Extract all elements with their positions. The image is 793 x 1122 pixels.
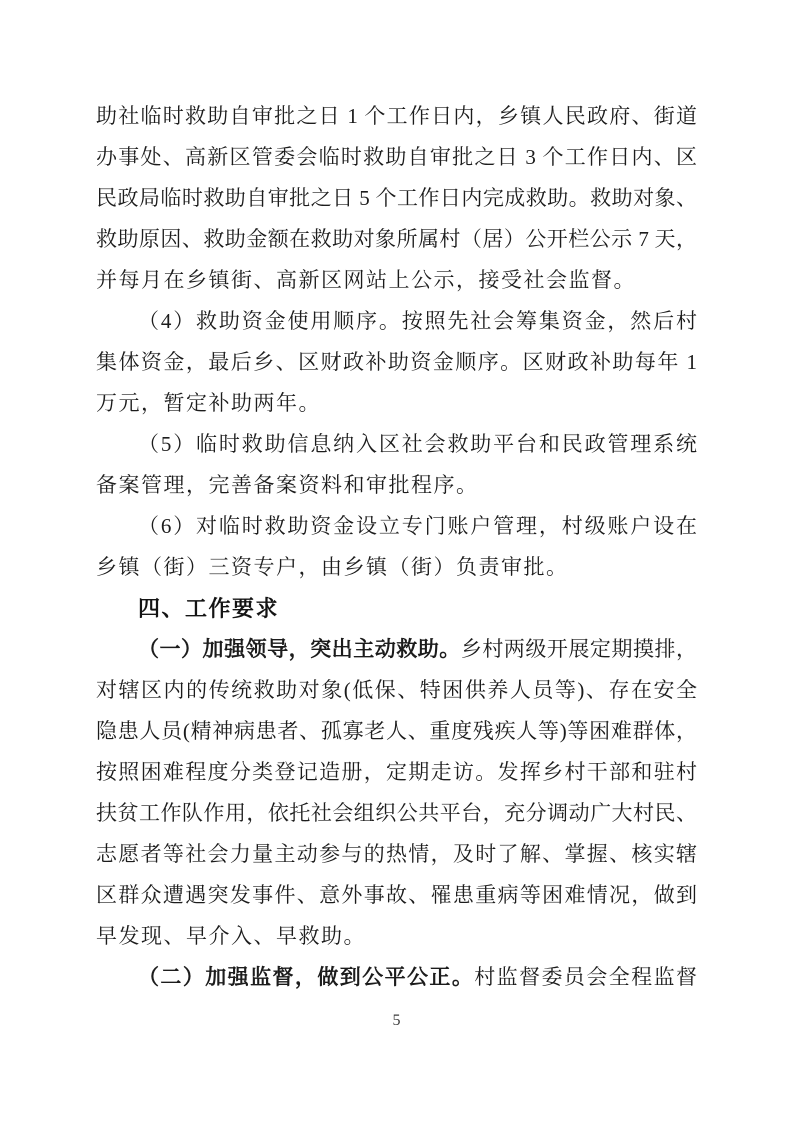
text-line: 扶贫工作队作用，依托社会组织公共平台，充分调动广大村民、 [96, 793, 697, 834]
text-run-lead: （二）加强监督，做到公平公正。 [138, 965, 474, 989]
text-line: 区群众遭遇突发事件、意外事故、罹患重病等困难情况，做到 [96, 875, 697, 916]
text-run-body: 助社临时救助自审批之日 1 个工作日内，乡镇人民政府、街道 [96, 104, 697, 128]
text-run-heading: 四、工作要求 [138, 596, 279, 621]
text-run-body: 村监督委员会全程监督 [474, 965, 697, 989]
text-line: 志愿者等社会力量主动参与的热情，及时了解、掌握、核实辖 [96, 834, 697, 875]
text-run-body: （6）对临时救助资金设立专门账户管理，村级账户设在 [138, 514, 697, 538]
text-run-body: 办事处、高新区管委会临时救助自审批之日 3 个工作日内、区 [96, 145, 697, 169]
text-line: 对辖区内的传统救助对象(低保、特困供养人员等)、存在安全 [96, 670, 697, 711]
page-number: 5 [393, 1012, 401, 1029]
text-run-body: （5）临时救助信息纳入区社会救助平台和民政管理系统 [138, 432, 697, 456]
text-line: 备案管理，完善备案资料和审批程序。 [96, 465, 697, 506]
text-run-body: 救助原因、救助金额在救助对象所属村（居）公开栏公示 7 天， [96, 227, 697, 251]
text-run-body: 对辖区内的传统救助对象(低保、特困供养人员等)、存在安全 [96, 678, 697, 702]
text-line: （6）对临时救助资金设立专门账户管理，村级账户设在 [96, 506, 697, 547]
text-line: 四、工作要求 [96, 588, 697, 629]
text-line: 民政局临时救助自审批之日 5 个工作日内完成救助。救助对象、 [96, 178, 697, 219]
text-run-body: 隐患人员(精神病患者、孤寡老人、重度残疾人等)等困难群体， [96, 719, 697, 743]
text-line: （5）临时救助信息纳入区社会救助平台和民政管理系统 [96, 424, 697, 465]
document-page: 助社临时救助自审批之日 1 个工作日内，乡镇人民政府、街道办事处、高新区管委会临… [0, 0, 793, 1122]
text-run-body: （4）救助资金使用顺序。按照先社会筹集资金，然后村 [138, 309, 697, 333]
text-line: （4）救助资金使用顺序。按照先社会筹集资金，然后村 [96, 301, 697, 342]
text-run-body: 并每月在乡镇街、高新区网站上公示，接受社会监督。 [96, 268, 636, 292]
text-line: 早发现、早介入、早救助。 [96, 916, 697, 957]
text-line: （一）加强领导，突出主动救助。乡村两级开展定期摸排， [96, 629, 697, 670]
text-run-body: 万元，暂定补助两年。 [96, 391, 321, 415]
text-line: 集体资金，最后乡、区财政补助资金顺序。区财政补助每年 1 [96, 342, 697, 383]
text-run-body: 乡村两级开展定期摸排， [461, 637, 697, 661]
text-run-body: 早发现、早介入、早救助。 [96, 924, 366, 948]
text-run-body: 按照困难程度分类登记造册，定期走访。发挥乡村干部和驻村 [96, 760, 697, 784]
document-body: 助社临时救助自审批之日 1 个工作日内，乡镇人民政府、街道办事处、高新区管委会临… [96, 96, 697, 998]
text-line: 办事处、高新区管委会临时救助自审批之日 3 个工作日内、区 [96, 137, 697, 178]
page-footer: 5 [0, 1012, 793, 1030]
text-line: 按照困难程度分类登记造册，定期走访。发挥乡村干部和驻村 [96, 752, 697, 793]
text-run-lead: （一）加强领导，突出主动救助。 [138, 637, 461, 661]
text-line: 隐患人员(精神病患者、孤寡老人、重度残疾人等)等困难群体， [96, 711, 697, 752]
text-run-body: 志愿者等社会力量主动参与的热情，及时了解、掌握、核实辖 [96, 842, 697, 866]
text-run-body: 扶贫工作队作用，依托社会组织公共平台，充分调动广大村民、 [96, 801, 697, 825]
text-line: （二）加强监督，做到公平公正。村监督委员会全程监督 [96, 957, 697, 998]
text-line: 助社临时救助自审批之日 1 个工作日内，乡镇人民政府、街道 [96, 96, 697, 137]
text-line: 并每月在乡镇街、高新区网站上公示，接受社会监督。 [96, 260, 697, 301]
text-run-body: 民政局临时救助自审批之日 5 个工作日内完成救助。救助对象、 [96, 186, 697, 210]
text-run-body: 区群众遭遇突发事件、意外事故、罹患重病等困难情况，做到 [96, 883, 697, 907]
text-line: 乡镇（街）三资专户，由乡镇（街）负责审批。 [96, 547, 697, 588]
text-run-body: 集体资金，最后乡、区财政补助资金顺序。区财政补助每年 1 [96, 350, 697, 374]
text-run-body: 乡镇（街）三资专户，由乡镇（街）负责审批。 [96, 555, 569, 579]
text-run-body: 备案管理，完善备案资料和审批程序。 [96, 473, 479, 497]
text-line: 万元，暂定补助两年。 [96, 383, 697, 424]
text-line: 救助原因、救助金额在救助对象所属村（居）公开栏公示 7 天， [96, 219, 697, 260]
